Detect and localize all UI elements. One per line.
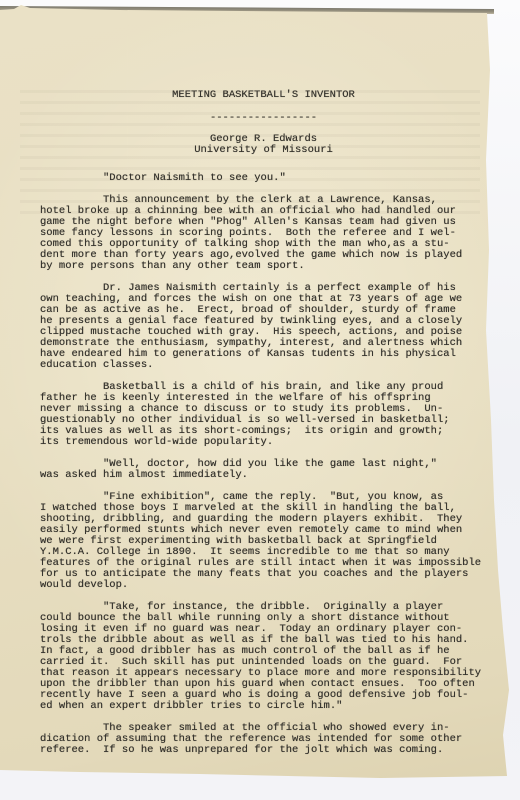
opening-quote-line: "Doctor Naismith to see you." [40, 173, 487, 184]
paragraph-fine-exhibition: "Fine exhibition", came the reply. "But,… [40, 492, 487, 591]
paragraph-basketball-child: Basketball is a child of his brain, and … [40, 382, 487, 448]
byline: George R. Edwards University of Missouri [40, 134, 487, 156]
paragraph-question: "Well, doctor, how did you like the game… [40, 459, 487, 481]
title-separator: ----------------- [40, 113, 487, 124]
scan-stage: MEETING BASKETBALL'S INVENTOR ----------… [0, 0, 520, 800]
paragraph-speaker-smiled: The speaker smiled at the official who s… [40, 723, 487, 756]
paper-page: MEETING BASKETBALL'S INVENTOR ----------… [0, 0, 520, 800]
paragraph-naismith-description: Dr. James Naismith certainly is a perfec… [40, 283, 487, 371]
paragraph-announcement: This announcement by the clerk at a Lawr… [40, 195, 487, 272]
author-affiliation: University of Missouri [40, 145, 487, 156]
document-title: MEETING BASKETBALL'S INVENTOR [40, 90, 487, 101]
paragraph-dribble: "Take, for instance, the dribble. Origin… [40, 602, 487, 712]
document-body: MEETING BASKETBALL'S INVENTOR ----------… [40, 90, 487, 756]
